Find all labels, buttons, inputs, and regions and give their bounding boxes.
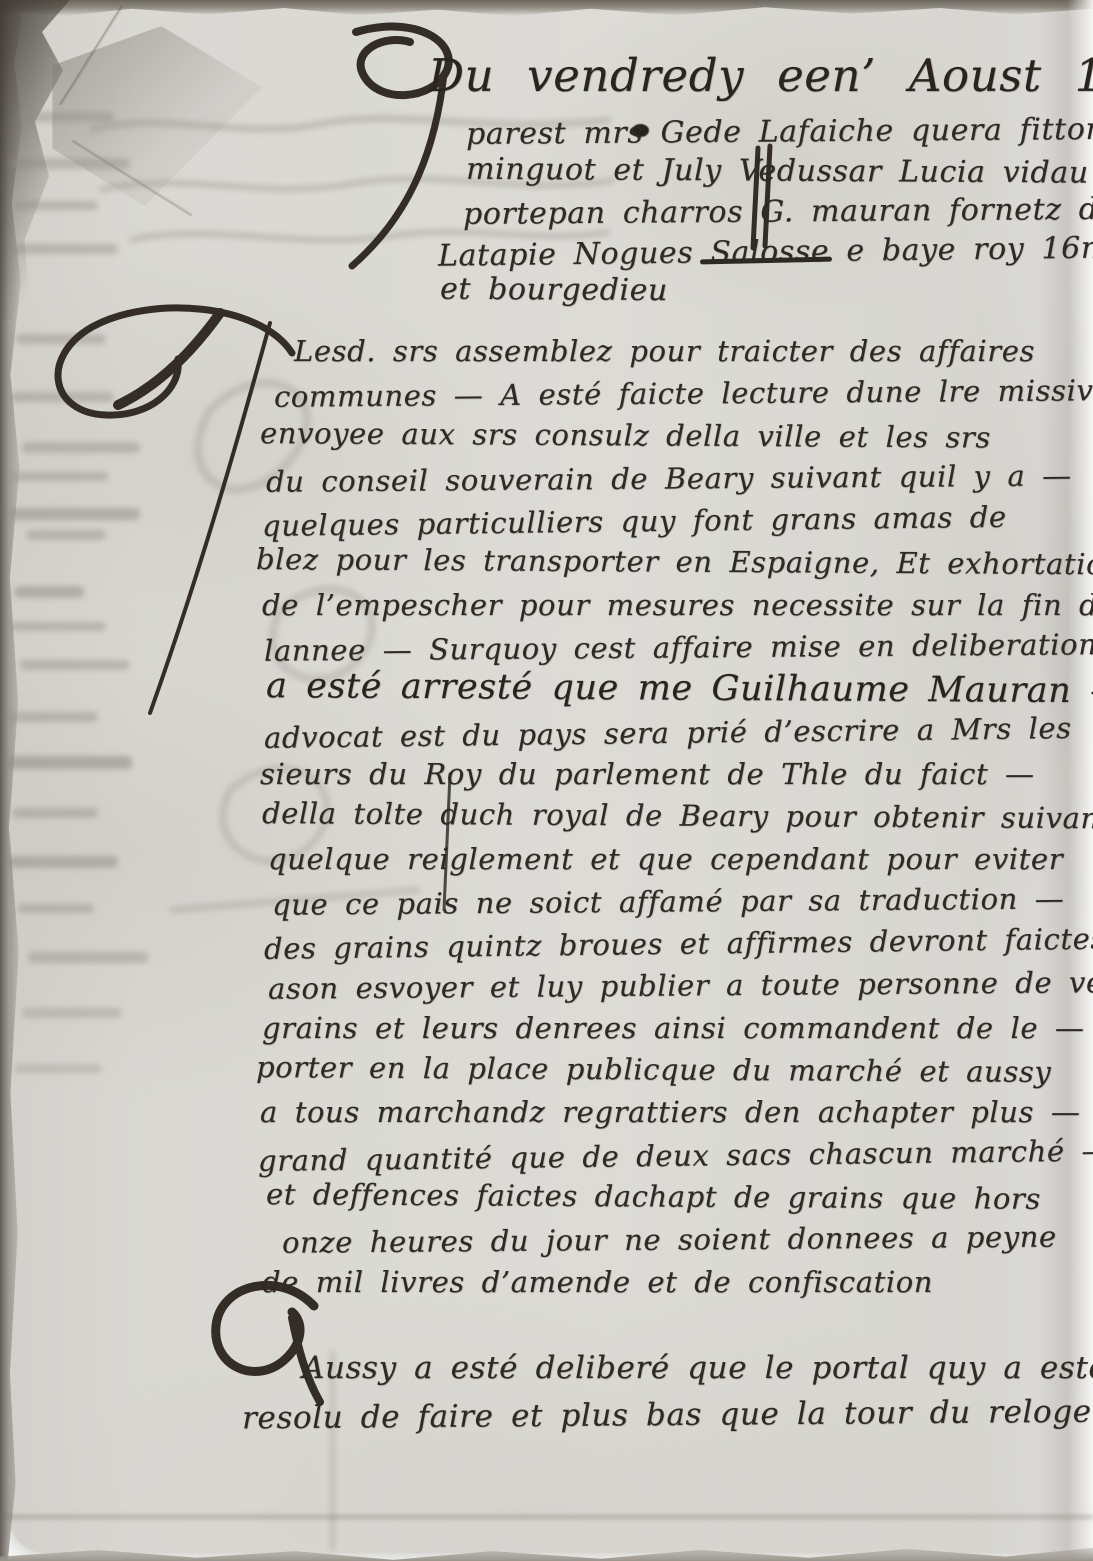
closing-line: Aussy a esté deliberé que le portal quy … [302,1345,1093,1392]
body-line: de l’empescher pour mesures necessite su… [262,584,1093,626]
body-line: advocat est du pays sera prié d’escrire … [264,705,1093,759]
bleed-through-mark [18,904,94,913]
closing-line: resolu de faire et plus bas que la tour … [242,1389,1093,1443]
bleed-through-mark [28,952,148,963]
body-line: et deffences faictes dachapt de grains q… [266,1173,1093,1221]
body-line: sieurs du Roy du parlement de Thle du fa… [260,753,1093,795]
heading-line: parest mrs Gede Lafaiche quera fitton — [466,109,1093,155]
heading-line: et bourgedieu [440,270,1093,315]
heading-paragraph: Du vendredy een’ Aoust 1614 parest mrs G… [428,40,1093,312]
body-line: grains et leurs denrees ainsi commandent… [262,1007,1093,1049]
body-line: de mil livres d’amende et de confiscatio… [262,1261,1093,1303]
heading-line: portepan charros G. mauran fornetz duras… [463,189,1093,235]
bleed-through-mark [22,1008,122,1018]
body-line: della tolte duch royal de Beary pour obt… [262,792,1093,840]
body-line: a tous marchandz regrattiers den achapte… [260,1091,1093,1133]
horizontal-crease [0,1515,1093,1519]
body-line: a esté arresté que me Guilhaume Mauran — [266,665,1093,713]
body-line: ason esvoyer et luy publier a toute pers… [268,961,1093,1011]
body-line: porter en la place publicque du marché e… [256,1046,1093,1094]
heading-line: minguot et July Vedussar Lucia vidau — [466,150,1093,194]
bleed-through-mark [6,756,132,769]
body-line: onze heures du jour ne soient donnees a … [282,1215,1093,1265]
body-line: communes — A esté faicte lecture dune lr… [274,369,1093,419]
body-line: Lesd. srs assemblez pour traicter des af… [294,330,1093,372]
body-line: quelque reiglement et que cependant pour… [268,838,1093,880]
heading-line: Du vendredy een’ Aoust 1614 [428,40,1093,112]
bleed-through-mark [6,856,118,868]
manuscript-scan: Du vendredy een’ Aoust 1614 parest mrs G… [0,0,1093,1561]
body-line: lannee — Surquoy cest affaire mise en de… [264,622,1093,672]
body-line: envoyee aux srs consulz della ville et l… [260,412,1093,460]
bleed-through-mark [14,1064,102,1073]
body-line: blez pour les transporter en Espaigne, E… [256,539,1093,587]
bleed-through-mark [12,808,98,818]
closing-paragraph: Aussy a esté deliberé que le portal quy … [250,1345,1093,1439]
deliberation-paragraph: Lesd. srs assemblez pour traicter des af… [252,330,1093,1303]
